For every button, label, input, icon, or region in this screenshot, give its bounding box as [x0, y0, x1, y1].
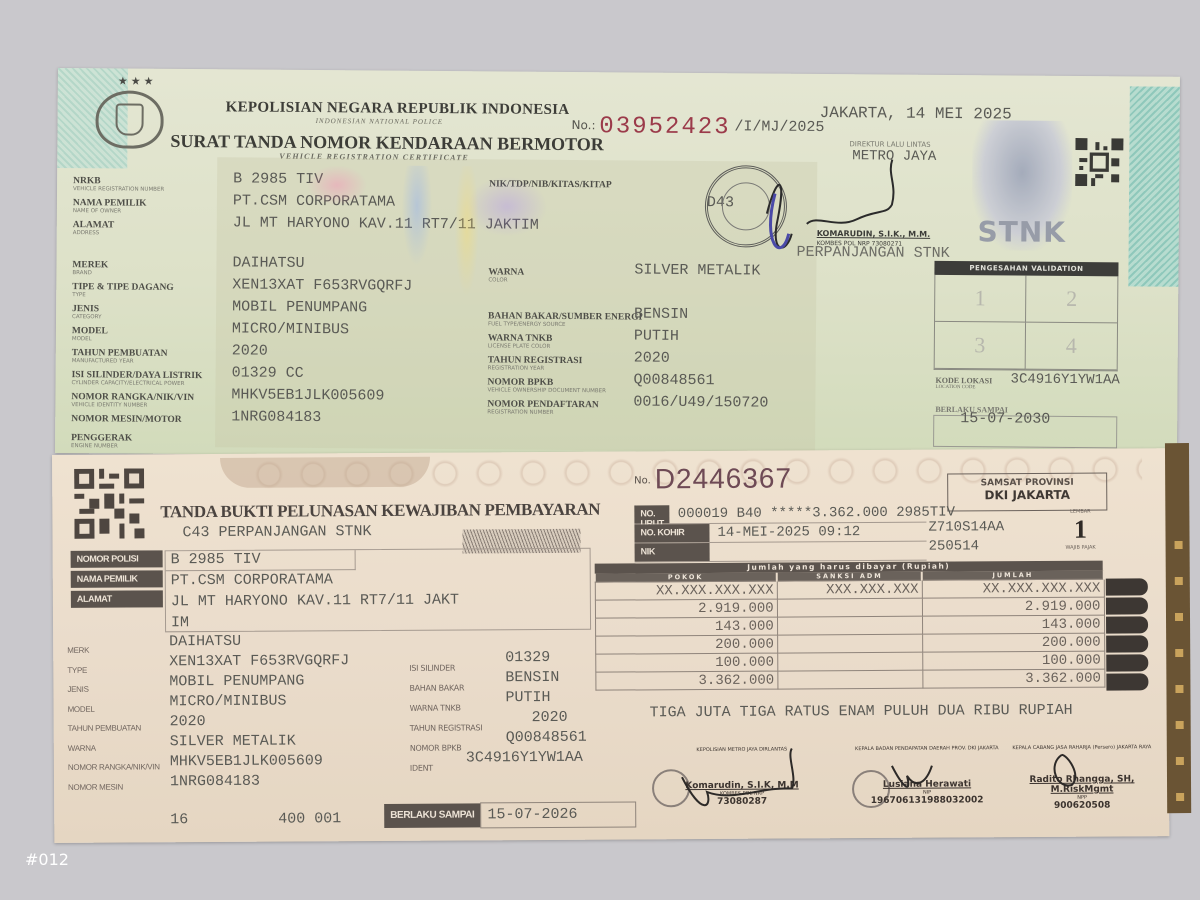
payment-receipt: TANDA BUKTI PELUNASAN KEWAJIBAN PEMBAYAR… — [52, 448, 1169, 843]
kohir-number: 14-MEI-2025 09:12 — [717, 523, 860, 542]
payment-sanksi — [777, 598, 922, 617]
bpkb-number: Q00848561 — [633, 371, 768, 394]
header-institution: KEPOLISIAN NEGARA REPUBLIK INDONESIA — [226, 99, 570, 119]
expiry-date: 15-07-2030 — [960, 410, 1050, 428]
receipt-number: No.D2446367 — [634, 462, 792, 495]
stnk-hologram-icon: STNK — [972, 120, 1073, 251]
officer-name: KOMARUDIN, S.I.K., M.M. — [817, 229, 931, 239]
payment-row: 3.362.0003.362.000 — [596, 669, 1105, 690]
payment-table: POKOK SANKSI ADM JUMLAH XX.XXX.XXX.XXXXX… — [595, 571, 1106, 691]
receipt-expiry: BERLAKU SAMPAI 15-07-2026 — [384, 801, 636, 829]
signatures: KEPOLISIAN METRO JAYA DIRLANTAS Komarudi… — [652, 744, 1162, 827]
field-labels-right: WARNACOLOR BAHAN BAKAR/SUMBER ENERGIFUEL… — [487, 259, 642, 414]
payment-jumlah: 200.000 — [922, 633, 1104, 652]
sequence-table: NO. URUT000019 B40 *****3.362.000 2985TI… — [634, 504, 926, 563]
sheet-number: LEMBAR 1 WAJIB PAJAK — [1055, 509, 1105, 551]
payment-pokok: 143.000 — [596, 617, 778, 636]
payment-sanksi: XXX.XXX.XXX — [777, 580, 922, 599]
vehicle-values-2: 01329 BENSIN PUTIH 2020 Q00848561 3C4916… — [505, 648, 587, 768]
police-emblem-icon — [95, 90, 163, 149]
owner-name: PT.CSM CORPORATAMA — [171, 569, 459, 592]
plate-number: B 2985 TIV — [171, 548, 459, 571]
payment-sanksi — [778, 670, 923, 689]
payment-pokok: XX.XXX.XXX.XXX — [595, 581, 777, 600]
field-labels-left: NRKBVEHICLE REGISTRATION NUMBER NAMA PEM… — [71, 168, 243, 429]
payment-pokok: 3.362.000 — [596, 671, 778, 690]
registration-year: 2020 — [634, 349, 769, 372]
vehicle-labels: MERK TYPE JENIS MODEL TAHUN PEMBUATAN WA… — [67, 640, 160, 797]
payment-pokok: 200.000 — [596, 635, 778, 654]
payment-sanksi — [777, 652, 922, 671]
plate-color: PUTIH — [634, 327, 769, 350]
transaction-codes: Z710S14AA 250514 — [928, 499, 1004, 556]
owner-address: JL MT HARYONO KAV.11 RT7/11 JAKTIM — [233, 213, 539, 237]
validation-cell: 1 — [935, 275, 1026, 323]
payment-sanksi — [777, 616, 922, 635]
validation-cell: 3 — [935, 322, 1026, 370]
payment-pokok: 2.919.000 — [595, 599, 777, 618]
payment-jumlah: 143.000 — [922, 615, 1104, 634]
signature-icon — [652, 744, 1162, 827]
validation-box: PENGESAHAN VALIDATION 1 2 3 4 — [934, 261, 1119, 371]
owner-name: PT.CSM CORPORATAMA — [233, 191, 539, 215]
vehicle-values: DAIHATSU XEN13XAT F653RVGQRFJ MOBIL PENU… — [169, 631, 350, 792]
guilloche-pattern — [1128, 86, 1180, 286]
validation-cell: 4 — [1026, 323, 1117, 371]
payment-side-tabs — [1106, 578, 1149, 692]
stnk-certificate: ★★★ KEPOLISIAN NEGARA REPUBLIK INDONESIA… — [55, 68, 1180, 462]
payment-jumlah: 3.362.000 — [923, 669, 1105, 688]
nik-label: NIK/TDP/NIB/KITAS/KITAP — [489, 171, 612, 194]
location-code: 3C4916Y1YW1AA — [1011, 371, 1120, 388]
renewal-note: PERPANJANGAN STNK — [797, 244, 950, 262]
receipt-title: TANDA BUKTI PELUNASAN KEWAJIBAN PEMBAYAR… — [160, 500, 600, 523]
misc-codes: 16 400 001 — [170, 810, 341, 828]
qr-code-icon — [1075, 138, 1123, 186]
registration-number: 0016/U49/150720 — [633, 393, 768, 416]
fuel: BENSIN — [634, 305, 769, 328]
receipt-edge — [1165, 443, 1191, 813]
field-values-right: SILVER METALIK BENSIN PUTIH 2020 Q008485… — [633, 261, 769, 416]
photo-label: #012 — [25, 850, 69, 869]
owner-values: B 2985 TIV PT.CSM CORPORATAMA JL MT HARY… — [171, 548, 460, 634]
receipt-expiry-date: 15-07-2026 — [480, 801, 636, 828]
location-code-label: KODE LOKASILOCATION CODE — [935, 376, 992, 390]
payment-pokok: 100.000 — [596, 653, 778, 672]
payment-jumlah: 2.919.000 — [922, 597, 1104, 616]
header-institution-en: INDONESIAN NATIONAL POLICE — [316, 117, 444, 126]
qr-code-icon — [74, 468, 144, 538]
document-number: No.: 03952423 /I/MJ/2025 — [571, 113, 824, 142]
payment-sanksi — [777, 634, 922, 653]
stars-icon: ★★★ — [118, 74, 157, 87]
color: SILVER METALIK — [634, 261, 769, 284]
owner-tags: NOMOR POLISI NAMA PEMILIK ALAMAT — [71, 550, 163, 611]
payment-jumlah: XX.XXX.XXX.XXX — [922, 579, 1104, 598]
owner-address: JL MT HARYONO KAV.11 RT7/11 JAKT — [171, 590, 459, 613]
payment-jumlah: 100.000 — [922, 651, 1104, 670]
amount-in-words: TIGA JUTA TIGA RATUS ENAM PULUH DUA RIBU… — [650, 700, 1150, 723]
sequence-number: 000019 B40 *****3.362.000 2985TIV — [678, 503, 955, 523]
receipt-subtitle: C43 PERPANJANGAN STNK — [182, 523, 371, 541]
validation-cell: 2 — [1026, 276, 1117, 324]
